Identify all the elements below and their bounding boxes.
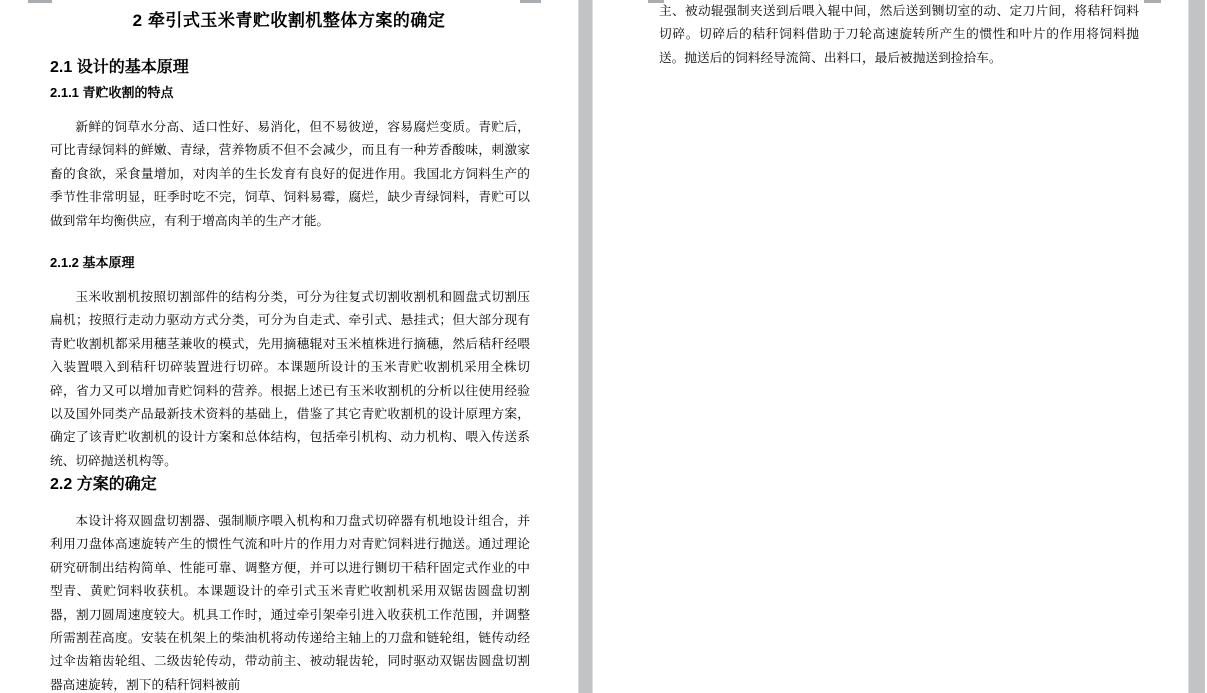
chapter-title: 2 牵引式玉米青贮收割机整体方案的确定 — [0, 6, 578, 31]
subsection-heading-2-1-1: 2.1.1 青贮收割的特点 — [50, 82, 174, 101]
paragraph-scheme-continuation: 主、被动辊强制夹送到后喂入辊中间，然后送到铡切室的动、定刀片间，将秸秆饲料切碎。… — [659, 0, 1139, 70]
section-heading-2-1: 2.1 设计的基本原理 — [50, 54, 189, 77]
text-boundary-mark-top-right — [1144, 0, 1161, 3]
text-boundary-mark-top-right — [520, 0, 541, 3]
page-left[interactable]: 2 牵引式玉米青贮收割机整体方案的确定 2.1 设计的基本原理 2.1.1 青贮… — [0, 0, 578, 693]
subsection-heading-2-1-2: 2.1.2 基本原理 — [50, 252, 135, 271]
text-boundary-mark-top-left — [28, 0, 52, 3]
canvas-background-strip — [1188, 0, 1205, 693]
paragraph-scheme-determination: 本设计将双圆盘切割器、强制顺序喂入机构和刀盘式切碎器有机地设计组合，并利用刀盘体… — [50, 510, 530, 693]
paragraph-silage-features: 新鲜的饲草水分高、适口性好、易消化，但不易彼逆，容易腐烂变质。青贮后，可比青绿饲… — [50, 116, 530, 233]
document-viewport: 2 牵引式玉米青贮收割机整体方案的确定 2.1 设计的基本原理 2.1.1 青贮… — [0, 0, 1207, 693]
page-right[interactable]: 主、被动辊强制夹送到后喂入辊中间，然后送到铡切室的动、定刀片间，将秸秆饲料切碎。… — [593, 0, 1188, 693]
page-gap-center — [578, 0, 593, 693]
section-heading-2-2: 2.2 方案的确定 — [50, 471, 157, 494]
paragraph-basic-principle: 玉米收割机按照切割部件的结构分类，可分为往复式切割收割机和圆盘式切割压扁机；按照… — [50, 286, 530, 473]
